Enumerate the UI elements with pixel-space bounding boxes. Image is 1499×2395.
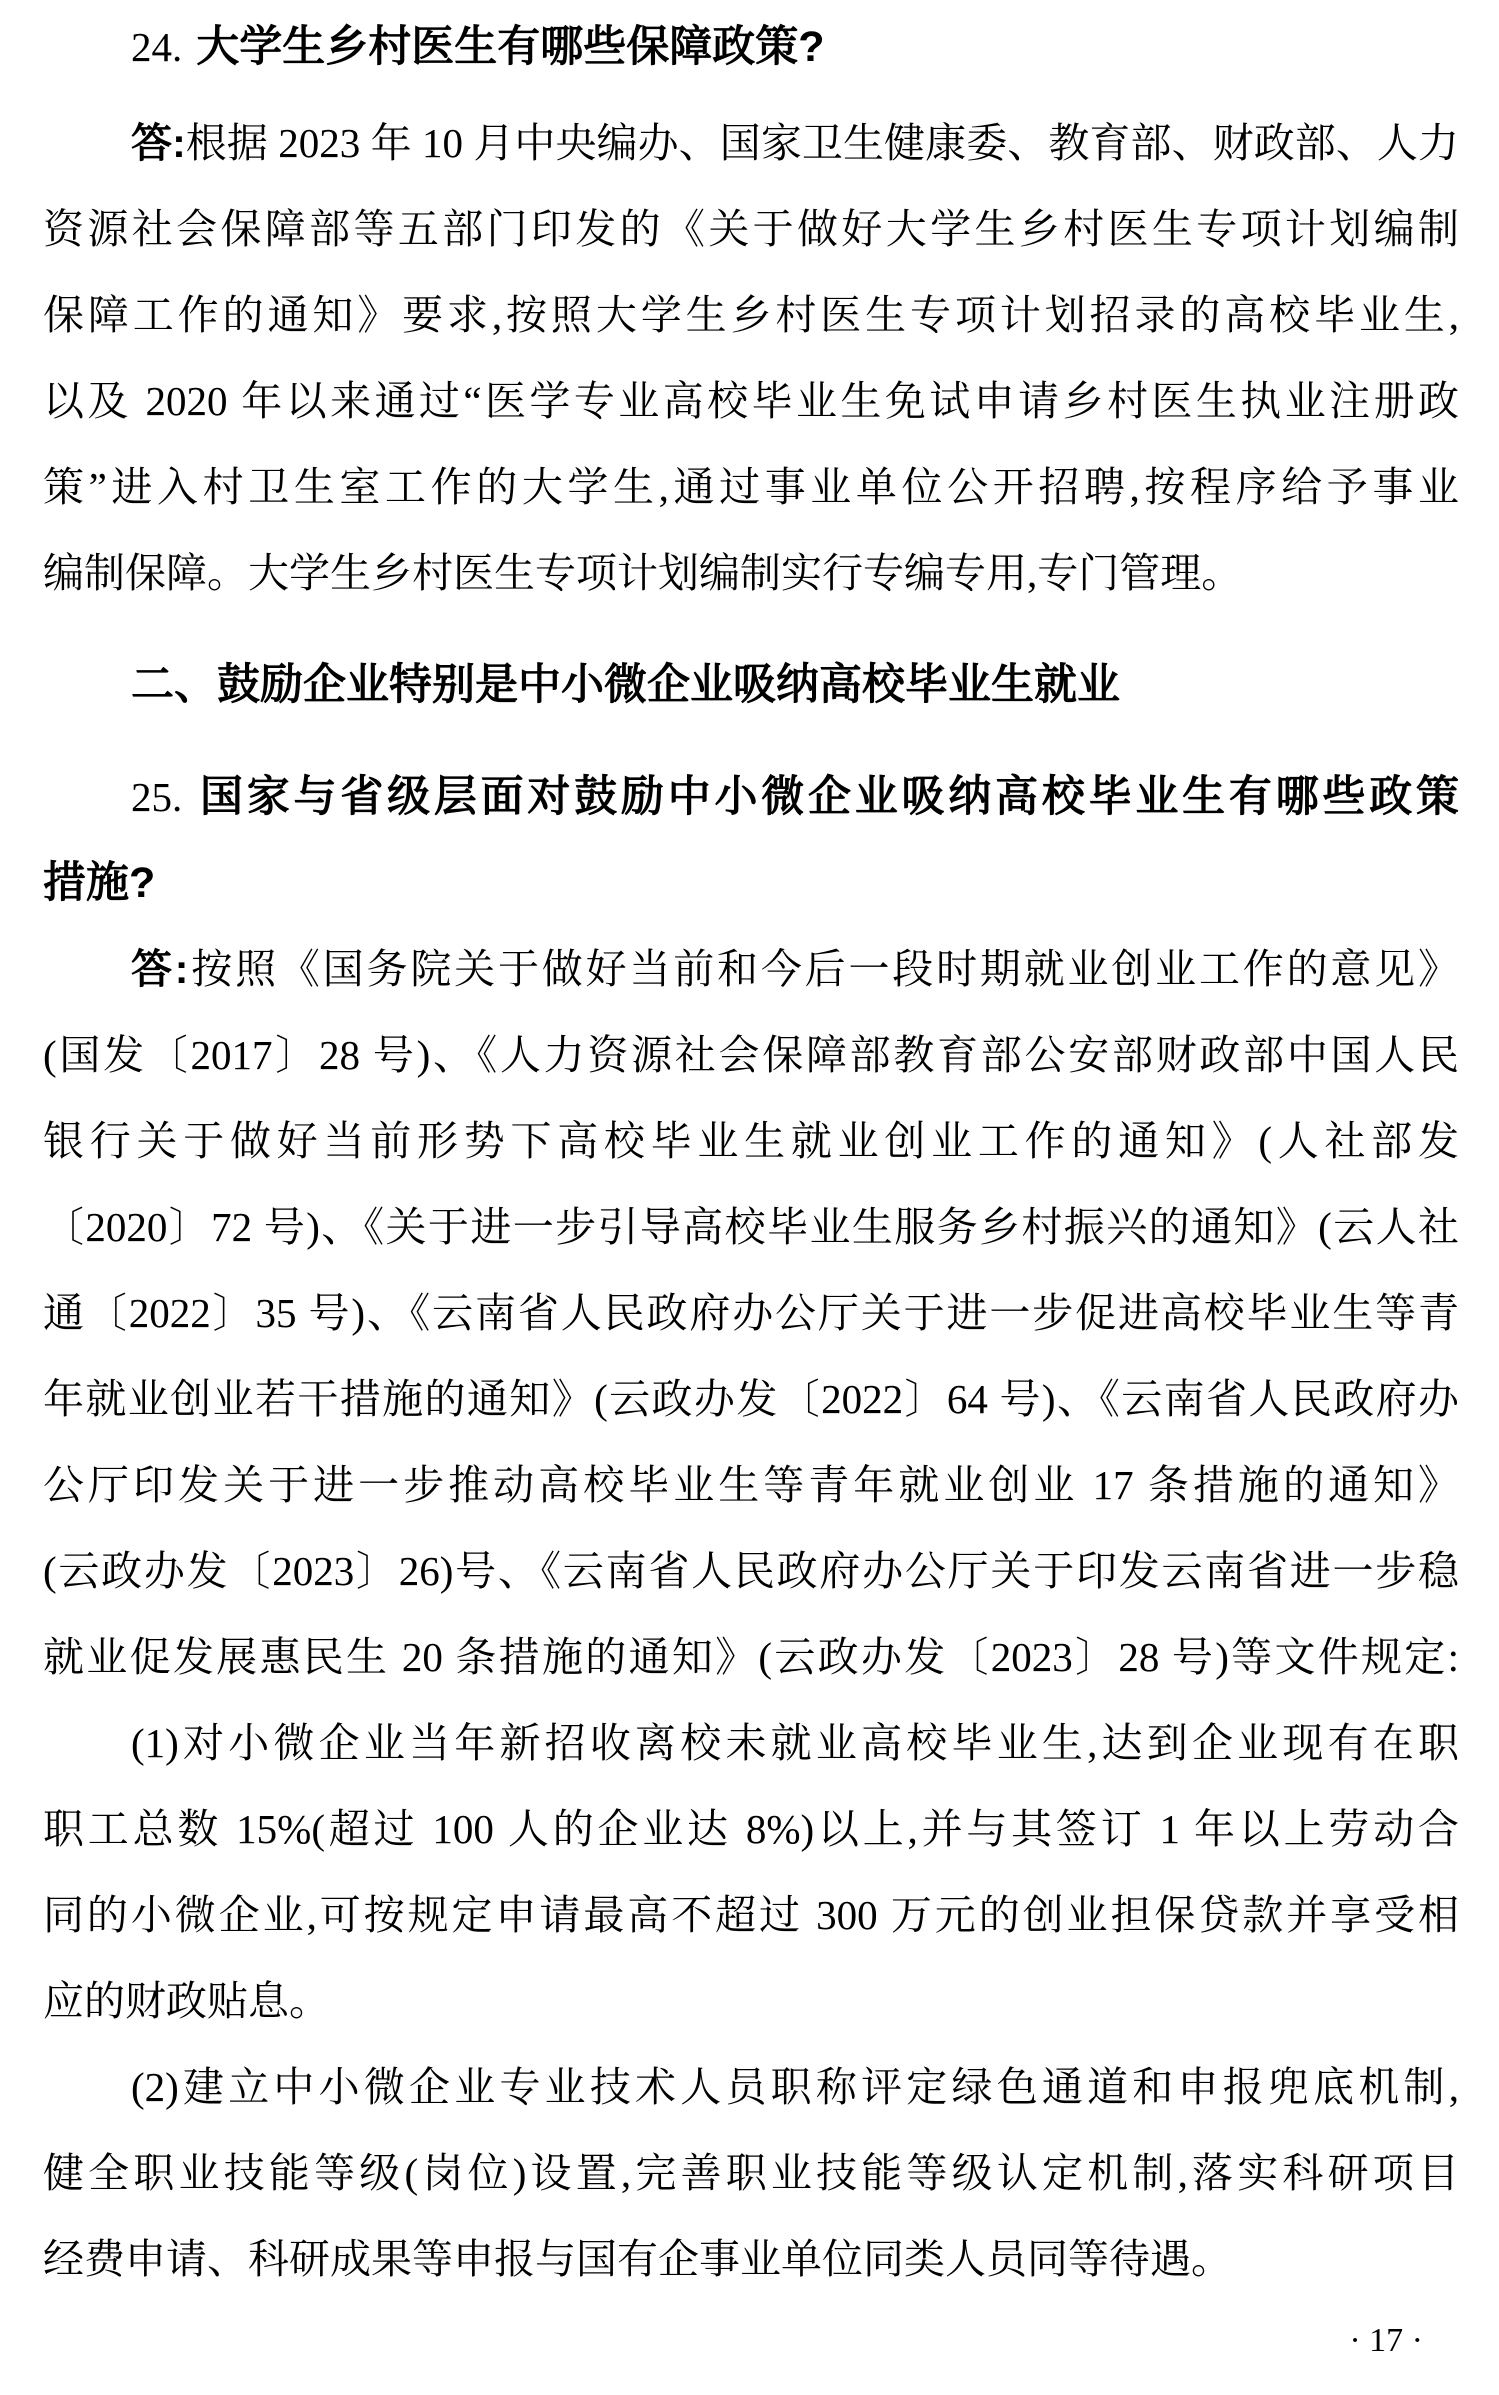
text-line: 职工总数 15%(超过 100 人的企业达 8%)以上,并与其签订 1 年以上劳… [43,1786,1459,1872]
text-line: 应的财政贴息。 [43,1958,1459,2044]
text-line: 编制保障。大学生乡村医生专项计划编制实行专编专用,专门管理。 [43,530,1459,616]
text-line: 25.国家与省级层面对鼓励中小微企业吸纳高校毕业生有哪些政策 [43,754,1459,840]
line-text: 根据 2023 年 10 月中央编办、国家卫生健康委、教育部、财政部、人力 [186,120,1459,166]
text-line: 年就业创业若干措施的通知》(云政办发〔2022〕64 号)、《云南省人民政府办 [43,1356,1459,1442]
text-line: 答:按照《国务院关于做好当前和今后一段时期就业创业工作的意见》 [43,926,1459,1012]
text-line: 资源社会保障部等五部门印发的《关于做好大学生乡村医生专项计划编制 [43,186,1459,272]
text-line: (1)对小微企业当年新招收离校未就业高校毕业生,达到企业现有在职 [43,1700,1459,1786]
text-line: 公厅印发关于进一步推动高校毕业生等青年就业创业 17 条措施的通知》 [43,1442,1459,1528]
text-line: (云政办发〔2023〕26)号、《云南省人民政府办公厅关于印发云南省进一步稳 [43,1528,1459,1614]
question-25-title-continuation: 措施? [43,859,155,907]
text-line: 健全职业技能等级(岗位)设置,完善职业技能等级认定机制,落实科研项目 [43,2130,1459,2216]
policy-item-2: (2)建立中小微企业专业技术人员职称评定绿色通道和申报兜底机制, 健全职业技能等… [43,2044,1459,2302]
section-2-heading: 二、鼓励企业特别是中小微企业吸纳高校毕业生就业 [43,642,1459,728]
text-line: 就业促发展惠民生 20 条措施的通知》(云政办发〔2023〕28 号)等文件规定… [43,1614,1459,1700]
text-line: 措施? [43,840,1459,926]
answer-25-label: 答: [131,946,188,992]
text-line: 策”进入村卫生室工作的大学生,通过事业单位公开招聘,按程序给予事业 [43,444,1459,530]
question-24-heading: 24.大学生乡村医生有哪些保障政策? [43,4,1459,90]
text-line: (2)建立中小微企业专业技术人员职称评定绿色通道和申报兜底机制, [43,2044,1459,2130]
text-line: 〔2020〕72 号)、《关于进一步引导高校毕业生服务乡村振兴的通知》(云人社 [43,1184,1459,1270]
text-line: 答:根据 2023 年 10 月中央编办、国家卫生健康委、教育部、财政部、人力 [43,100,1459,186]
question-25-heading: 25.国家与省级层面对鼓励中小微企业吸纳高校毕业生有哪些政策 措施? [43,754,1459,926]
text-line: 同的小微企业,可按规定申请最高不超过 300 万元的创业担保贷款并享受相 [43,1872,1459,1958]
question-25-title: 国家与省级层面对鼓励中小微企业吸纳高校毕业生有哪些政策 [196,773,1459,821]
line-text: 按照《国务院关于做好当前和今后一段时期就业创业工作的意见》 [188,946,1459,992]
text-line: 以及 2020 年以来通过“医学专业高校毕业生免试申请乡村医生执业注册政 [43,358,1459,444]
text-line: 保障工作的通知》要求,按照大学生乡村医生专项计划招录的高校毕业生, [43,272,1459,358]
text-line: 经费申请、科研成果等申报与国有企事业单位同类人员同等待遇。 [43,2216,1459,2302]
page-number: · 17 · [43,2316,1459,2366]
text-line: (国发〔2017〕28 号)、《人力资源社会保障部教育部公安部财政部中国人民 [43,1012,1459,1098]
answer-24-paragraph: 答:根据 2023 年 10 月中央编办、国家卫生健康委、教育部、财政部、人力 … [43,100,1459,616]
policy-item-1: (1)对小微企业当年新招收离校未就业高校毕业生,达到企业现有在职 职工总数 15… [43,1700,1459,2044]
question-24-title: 大学生乡村医生有哪些保障政策? [196,23,824,71]
answer-24-label: 答: [131,120,186,166]
text-line: 通〔2022〕35 号)、《云南省人民政府办公厅关于进一步促进高校毕业生等青 [43,1270,1459,1356]
question-25-number: 25. [131,774,182,820]
text-line: 银行关于做好当前形势下高校毕业生就业创业工作的通知》(人社部发 [43,1098,1459,1184]
question-24-number: 24. [131,24,182,70]
document-page: { "page": { "background_color": "#ffffff… [0,0,1499,2395]
answer-25-paragraph: 答:按照《国务院关于做好当前和今后一段时期就业创业工作的意见》 (国发〔2017… [43,926,1459,1700]
section-2-heading-text: 二、鼓励企业特别是中小微企业吸纳高校毕业生就业 [131,661,1120,709]
